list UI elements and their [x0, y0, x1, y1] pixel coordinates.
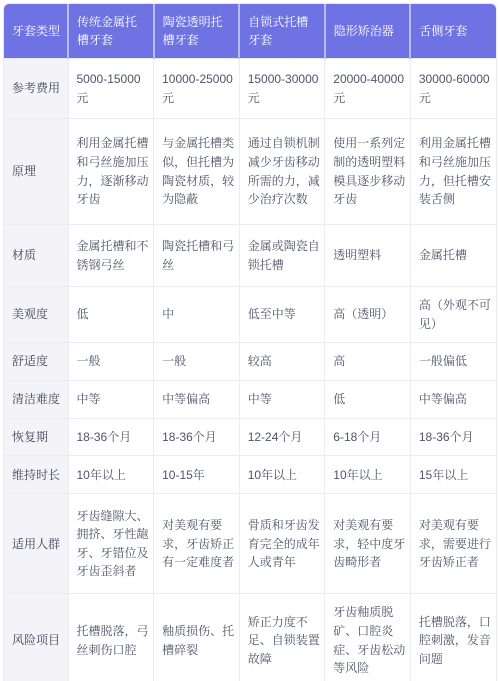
header-cell-5: 舌侧牙套 [410, 4, 496, 59]
table-row-适用人群: 适用人群牙齿缝隙大、拥挤、牙性龅牙、牙错位及牙齿歪斜者对美观有要求，牙齿矫正有一… [4, 494, 496, 594]
table-cell: 矫正力度不足、自锁装置故障 [239, 594, 325, 681]
table-cell: 5000-15000元 [68, 59, 154, 119]
table-cell: 利用金属托槽和弓丝施加压力，但托槽安装舌侧 [410, 119, 496, 225]
table-row-原理: 原理利用金属托槽和弓丝施加压力，逐渐移动牙齿与金属托槽类似，但托槽为陶瓷材质，较… [4, 119, 496, 225]
table-cell: 牙齿釉质脱矿、口腔炎症、牙齿松动等风险 [325, 594, 411, 681]
table-cell: 15000-30000元 [239, 59, 325, 119]
table-cell: 通过自锁机制减少牙齿移动所需的力，减少治疗次数 [239, 119, 325, 225]
row-label: 清洁难度 [4, 380, 68, 418]
row-label: 美观度 [4, 287, 68, 343]
table-cell: 对美观有要求，牙齿矫正有一定难度者 [154, 494, 240, 594]
table-cell: 15年以上 [410, 456, 496, 494]
table-cell: 利用金属托槽和弓丝施加压力，逐渐移动牙齿 [68, 119, 154, 225]
braces-comparison-table: 牙套类型传统金属托槽牙套陶瓷透明托槽牙套自锁式托槽牙套隐形矫治器舌侧牙套 参考费… [4, 4, 496, 681]
table-cell: 中等偏高 [154, 380, 240, 418]
row-label: 原理 [4, 119, 68, 225]
table-cell: 低至中等 [239, 287, 325, 343]
table-row-恢复期: 恢复期18-36个月18-36个月12-24个月6-18个月18-36个月 [4, 418, 496, 456]
table-cell: 10年以上 [325, 456, 411, 494]
table-cell: 釉质损伤、托槽碎裂 [154, 594, 240, 681]
table-cell: 12-24个月 [239, 418, 325, 456]
table-cell: 对美观有要求，轻中度牙齿畸形者 [325, 494, 411, 594]
corner-header-cell: 牙套类型 [4, 4, 68, 59]
table-cell: 低 [325, 380, 411, 418]
table-cell: 陶瓷托槽和弓丝 [154, 225, 240, 287]
table-cell: 较高 [239, 343, 325, 381]
table-cell: 中等 [239, 380, 325, 418]
table-cell: 金属或陶瓷自锁托槽 [239, 225, 325, 287]
table-cell: 高（透明） [325, 287, 411, 343]
header-row: 牙套类型传统金属托槽牙套陶瓷透明托槽牙套自锁式托槽牙套隐形矫治器舌侧牙套 [4, 4, 496, 59]
table-row-美观度: 美观度低中低至中等高（透明）高（外观不可见） [4, 287, 496, 343]
table-cell: 中等偏高 [410, 380, 496, 418]
table-row-维持时长: 维持时长10年以上10-15年10年以上10年以上15年以上 [4, 456, 496, 494]
table-row-材质: 材质金属托槽和不锈钢弓丝陶瓷托槽和弓丝金属或陶瓷自锁托槽透明塑料金属托槽 [4, 225, 496, 287]
table-cell: 低 [68, 287, 154, 343]
table-cell: 中 [154, 287, 240, 343]
header-cell-4: 隐形矫治器 [325, 4, 411, 59]
table-row-清洁难度: 清洁难度中等中等偏高中等低中等偏高 [4, 380, 496, 418]
table-header: 牙套类型传统金属托槽牙套陶瓷透明托槽牙套自锁式托槽牙套隐形矫治器舌侧牙套 [4, 4, 496, 59]
row-label: 恢复期 [4, 418, 68, 456]
table-cell: 10-15年 [154, 456, 240, 494]
table-body: 参考费用5000-15000元10000-25000元15000-30000元2… [4, 59, 496, 681]
header-cell-2: 陶瓷透明托槽牙套 [154, 4, 240, 59]
table-cell: 10000-25000元 [154, 59, 240, 119]
table-cell: 骨质和牙齿发育完全的成年人或青年 [239, 494, 325, 594]
table-cell: 18-36个月 [410, 418, 496, 456]
table-cell: 高 [325, 343, 411, 381]
table-row-参考费用: 参考费用5000-15000元10000-25000元15000-30000元2… [4, 59, 496, 119]
table-cell: 10年以上 [239, 456, 325, 494]
row-label: 材质 [4, 225, 68, 287]
row-label: 适用人群 [4, 494, 68, 594]
table-cell: 透明塑料 [325, 225, 411, 287]
row-label: 维持时长 [4, 456, 68, 494]
table-cell: 一般偏低 [410, 343, 496, 381]
row-label: 风险项目 [4, 594, 68, 681]
table-cell: 牙齿缝隙大、拥挤、牙性龅牙、牙错位及牙齿歪斜者 [68, 494, 154, 594]
row-label: 参考费用 [4, 59, 68, 119]
table-cell: 一般 [154, 343, 240, 381]
table-cell: 18-36个月 [68, 418, 154, 456]
table-cell: 金属托槽和不锈钢弓丝 [68, 225, 154, 287]
table-cell: 高（外观不可见） [410, 287, 496, 343]
table-cell: 10年以上 [68, 456, 154, 494]
table-cell: 使用一系列定制的透明塑料模具逐步移动牙齿 [325, 119, 411, 225]
table-cell: 30000-60000元 [410, 59, 496, 119]
header-cell-1: 传统金属托槽牙套 [68, 4, 154, 59]
table-cell: 中等 [68, 380, 154, 418]
table-cell: 托槽脱落，弓丝刺伤口腔 [68, 594, 154, 681]
table-cell: 金属托槽 [410, 225, 496, 287]
table-cell: 与金属托槽类似，但托槽为陶瓷材质，较为隐蔽 [154, 119, 240, 225]
table-cell: 对美观有要求，需要进行牙齿矫正者 [410, 494, 496, 594]
table-row-风险项目: 风险项目托槽脱落，弓丝刺伤口腔釉质损伤、托槽碎裂矫正力度不足、自锁装置故障牙齿釉… [4, 594, 496, 681]
table-cell: 6-18个月 [325, 418, 411, 456]
table-row-舒适度: 舒适度一般一般较高高一般偏低 [4, 343, 496, 381]
table-cell: 18-36个月 [154, 418, 240, 456]
header-cell-3: 自锁式托槽牙套 [239, 4, 325, 59]
table-cell: 托槽脱落，口腔刺激，发音问题 [410, 594, 496, 681]
braces-comparison-table-card: 牙套类型传统金属托槽牙套陶瓷透明托槽牙套自锁式托槽牙套隐形矫治器舌侧牙套 参考费… [3, 3, 497, 681]
row-label: 舒适度 [4, 343, 68, 381]
table-cell: 20000-40000元 [325, 59, 411, 119]
table-cell: 一般 [68, 343, 154, 381]
